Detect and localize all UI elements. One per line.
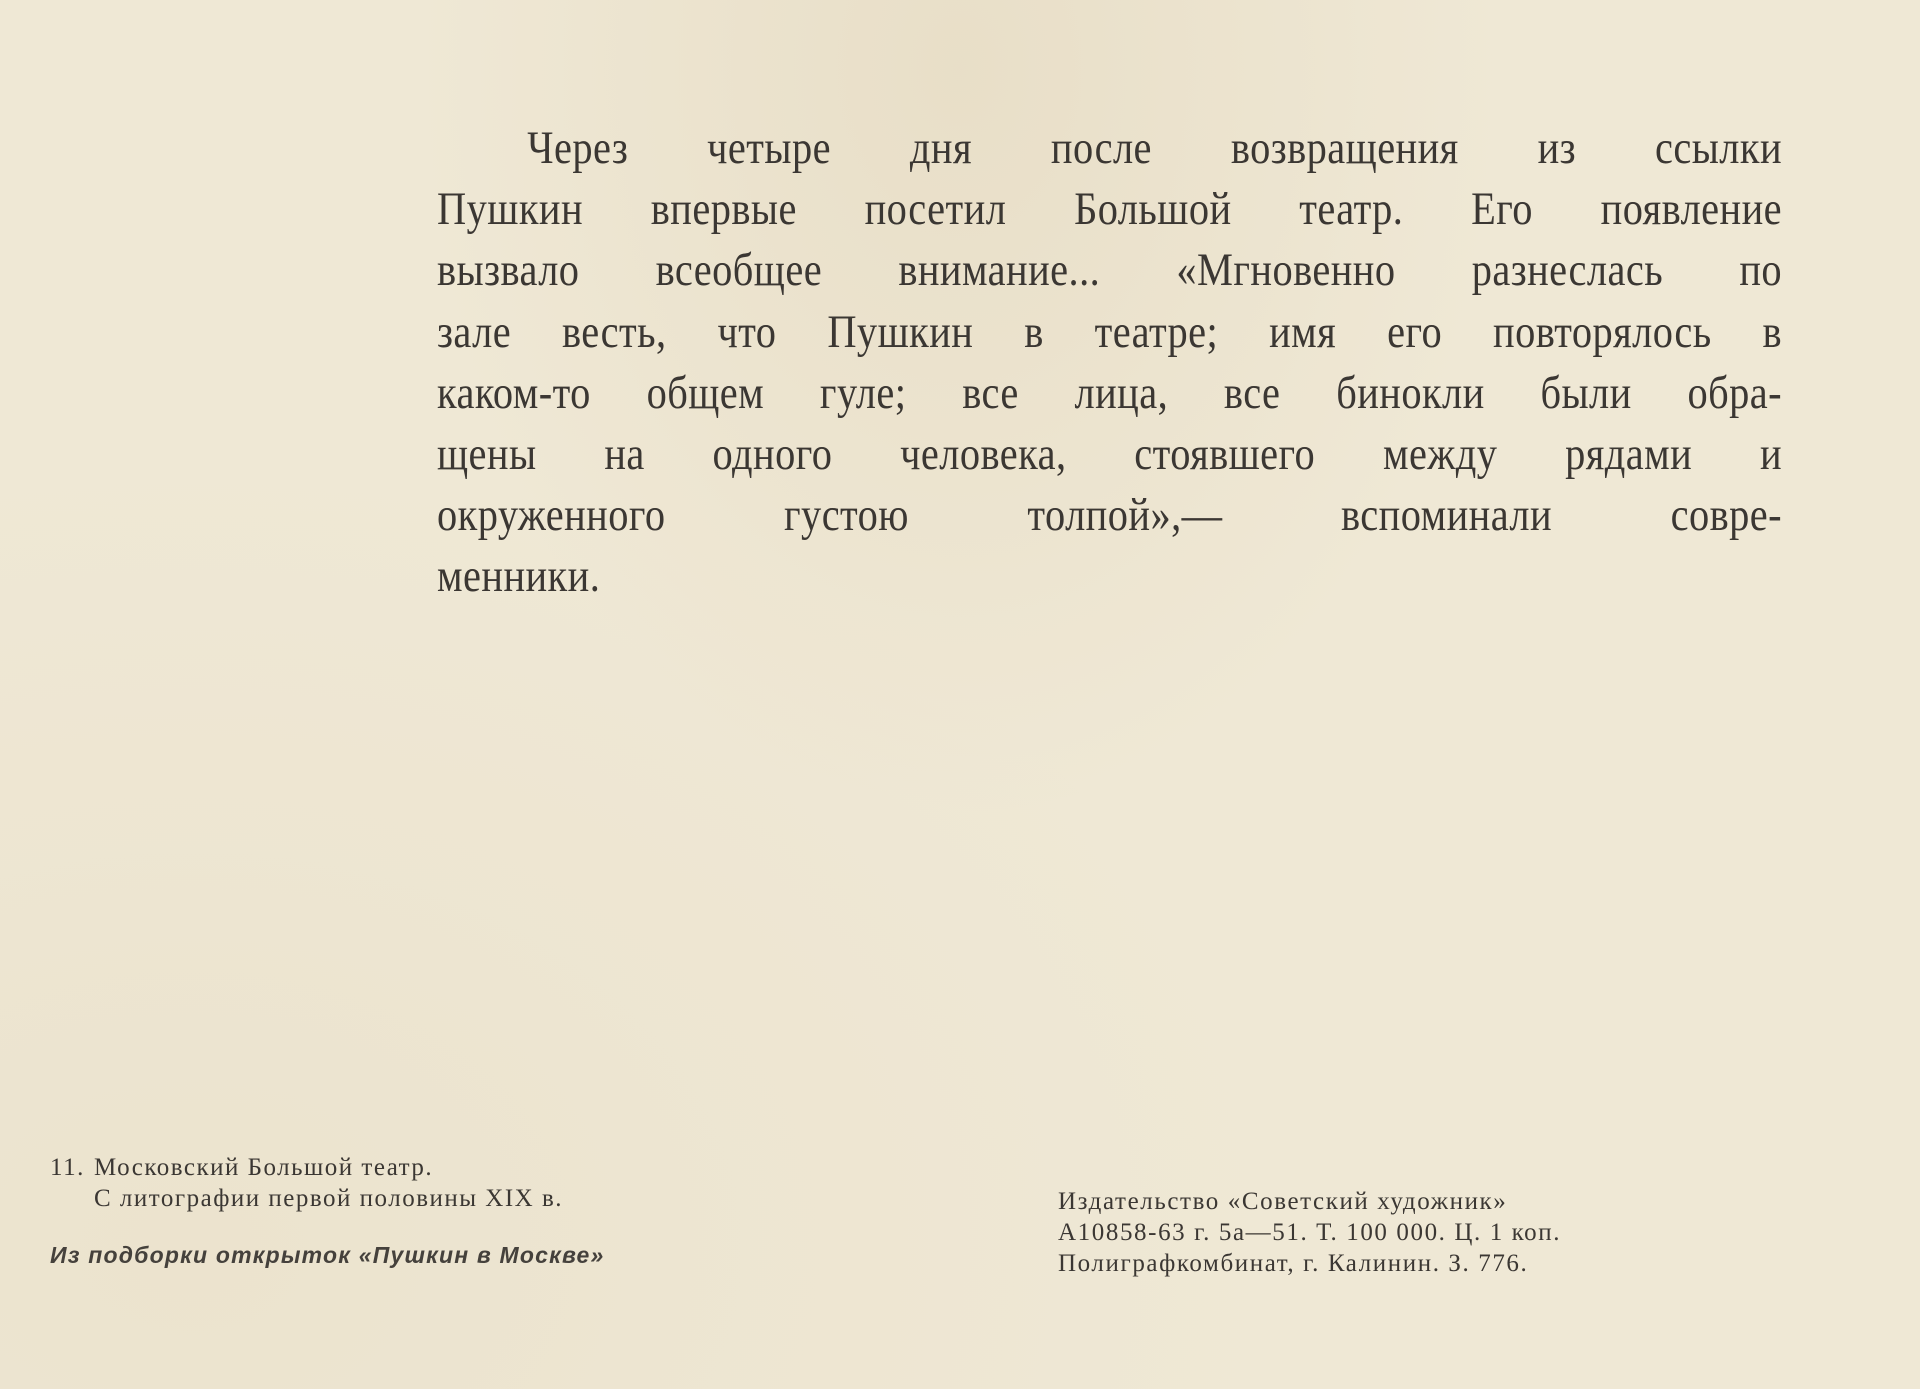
- caption-title: Московский Большой театр.: [94, 1154, 433, 1181]
- print-info: А10858-63 г. 5а—51. Т. 100 000. Ц. 1 коп…: [1058, 1217, 1561, 1248]
- paragraph-line: вызвало всеобщее внимание... «Мгновенно …: [437, 240, 1782, 301]
- paragraph-line: менники.: [437, 546, 1782, 607]
- caption-block: 11.Московский Большой театр. С литографи…: [50, 1152, 605, 1271]
- publisher: Издательство «Советский художник»: [1058, 1186, 1561, 1217]
- paragraph-line: Через четыре дня после возвращения из сс…: [437, 118, 1782, 179]
- card-number: 11.: [50, 1152, 94, 1183]
- paragraph-line: окруженного густою толпой»,— вспоминали …: [437, 485, 1782, 546]
- imprint-block: Издательство «Советский художник» А10858…: [1058, 1186, 1561, 1279]
- caption-title-line: 11.Московский Большой театр.: [50, 1152, 605, 1183]
- paragraph-line: каком-то общем гуле; все лица, все бинок…: [437, 363, 1782, 424]
- series-title: Из подборки открыток «Пушкин в Москве»: [50, 1240, 605, 1271]
- paragraph-line: Пушкин впервые посетил Большой театр. Ег…: [437, 179, 1782, 240]
- paragraph-line: зале весть, что Пушкин в театре; имя его…: [437, 302, 1782, 363]
- main-paragraph: Через четыре дня после возвращения из сс…: [437, 118, 1782, 608]
- paragraph-line: щены на одного человека, стоявшего между…: [437, 424, 1782, 485]
- printer: Полиграфкомбинат, г. Калинин. З. 776.: [1058, 1248, 1561, 1279]
- caption-subtitle: С литографии первой половины XIX в.: [50, 1183, 605, 1214]
